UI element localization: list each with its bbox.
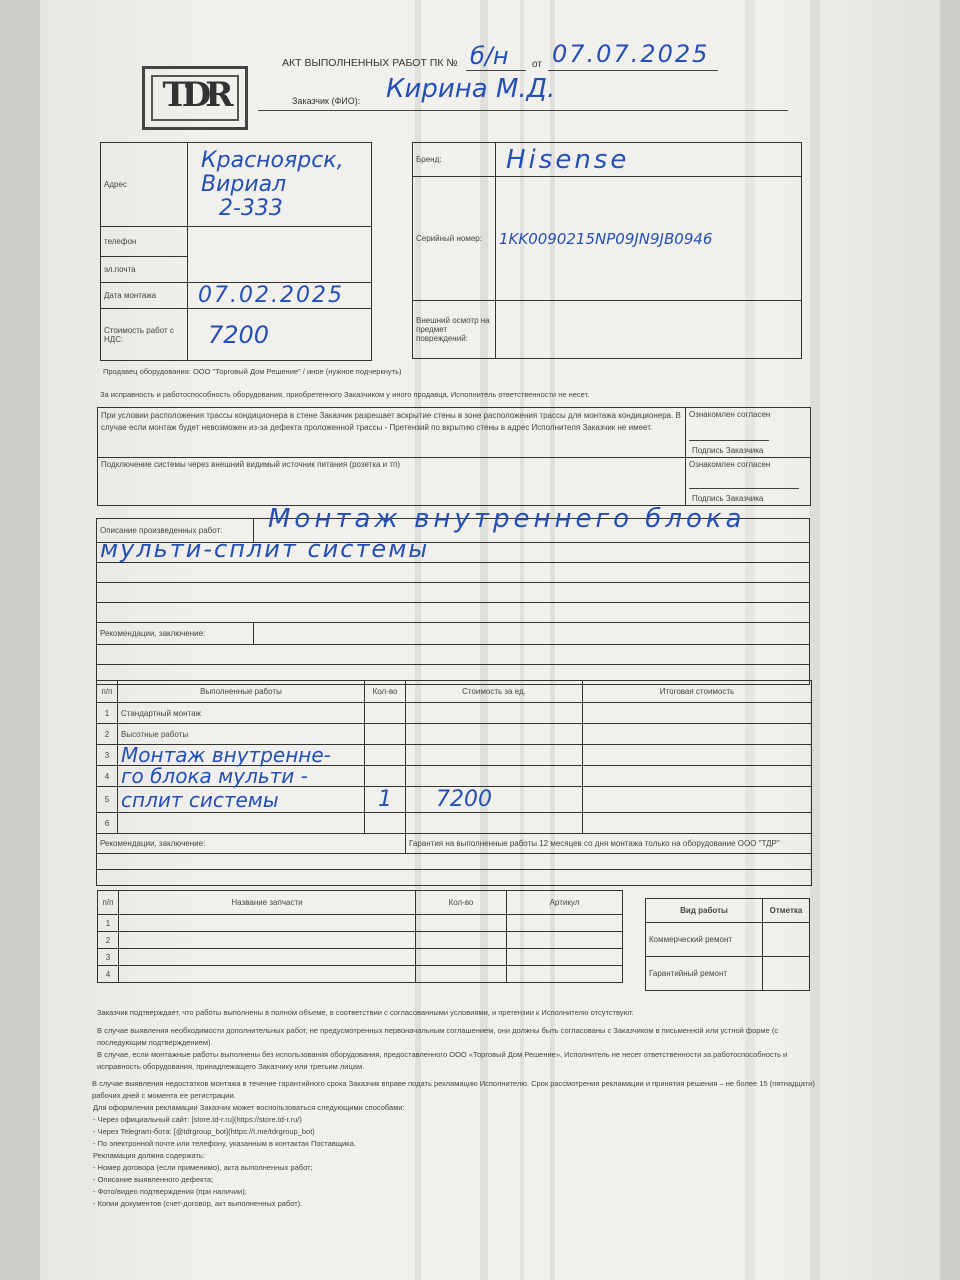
table-row: 3 [98, 949, 623, 966]
customer-label: Заказчик (ФИО): [292, 96, 360, 106]
phone-email-value [188, 227, 372, 283]
footer-method-site: - Через официальный сайт: [store.td-r.ru… [93, 1114, 302, 1126]
warranty-text: Гарантия на выполненные работы 12 месяце… [406, 834, 812, 854]
footer-contents-intro: Рекламация должна содержать: [93, 1150, 205, 1162]
recommendations-label: Рекомендации, заключение: [97, 623, 254, 645]
footer-confirmation: Заказчик подтверждает, что работы выполн… [97, 1007, 812, 1019]
table-row: 2Высотные работы [97, 724, 812, 745]
warranty-repair-label: Гарантийный ремонт [646, 957, 763, 991]
from-label: от [532, 59, 542, 70]
commercial-repair-label: Коммерческий ремонт [646, 923, 763, 957]
parts-table: п/п Название запчасти Кол-во Артикул 1 2… [97, 890, 623, 983]
description-line-1: Монтаж внутреннего блока [268, 504, 745, 534]
commercial-repair-mark[interactable] [763, 923, 810, 957]
customer-info-table: Адрес Красноярск, Вириал 2-333 телефон э… [100, 142, 372, 361]
brand-value: Hisense [496, 143, 802, 177]
footer-content-item: - Номер договора (если применимо), акта … [93, 1162, 313, 1174]
equipment-info-table: Бренд: Hisense Серийный номер: 1KK009021… [412, 142, 802, 359]
footer-content-item: - Фото/видео подтверждения (при наличии)… [93, 1186, 247, 1198]
table-row: 6 [97, 813, 812, 834]
company-logo: TDR [142, 66, 248, 130]
table-row: 1 [98, 915, 623, 932]
liability-line: За исправность и работоспособность обору… [100, 389, 589, 401]
install-date-value: 07.02.2025 [188, 283, 372, 309]
footer-equipment-liability: В случае, если монтажные работы выполнен… [97, 1049, 832, 1073]
table-row: 5сплит системы17200 [97, 787, 812, 813]
consent-text-wall-opening: При условии расположения трассы кондицио… [98, 408, 686, 458]
footer-list-intro: Для оформления рекламации Заказчик может… [93, 1102, 405, 1114]
table-row: 2 [98, 932, 623, 949]
brand-label: Бренд: [413, 143, 496, 177]
warranty-repair-mark[interactable] [763, 957, 810, 991]
table-row: 3Монтаж внутренне- [97, 745, 812, 766]
cost-value: 7200 [188, 309, 372, 361]
footer-content-item: - Копии документов (счет-договор, акт вы… [93, 1198, 302, 1210]
seller-line: Продавец оборудования: ООО "Торговый Дом… [103, 366, 402, 378]
cost-label: Стоимость работ с НДС: [101, 309, 188, 361]
act-date: 07.07.2025 [552, 40, 709, 68]
act-number: б/н [470, 42, 509, 70]
inspection-value [496, 301, 802, 359]
work-type-table: Вид работы Отметка Коммерческий ремонт Г… [645, 898, 810, 991]
serial-value: 1KK0090215NP09JN9JB0946 [496, 177, 802, 301]
table-row: 1Стандартный монтаж [97, 703, 812, 724]
serial-label: Серийный номер: [413, 177, 496, 301]
phone-label: телефон [101, 227, 188, 257]
footer-complaint: В случае выявления недостатков монтажа в… [92, 1078, 822, 1102]
consent-text-power: Подключение системы через внешний видимы… [98, 458, 686, 506]
works-table: п/п Выполненные работы Кол-во Стоимость … [96, 680, 812, 886]
address-value: Красноярск, Вириал 2-333 [188, 143, 372, 227]
footer-method-telegram: - Через Telegram-бота: [@tdrgroup_bot](h… [93, 1126, 315, 1138]
customer-name: Кирина М.Д. [386, 74, 555, 104]
consents-table: При условии расположения трассы кондицио… [97, 407, 811, 506]
table-row: 4 [98, 966, 623, 983]
description-line-2: мульти-сплит системы [100, 535, 429, 563]
footer-method-email: - По электронной почте или телефону, ука… [93, 1138, 356, 1150]
consent-sign-2[interactable]: Ознакомлен согласен Подпись Заказчика [686, 458, 811, 506]
table-row: 4го блока мульти - [97, 766, 812, 787]
footer-additional-works: В случае выявления необходимости дополни… [97, 1025, 812, 1049]
inspection-label: Внешний осмотр на предмет повреждений: [413, 301, 496, 359]
address-label: Адрес [101, 143, 188, 227]
email-label: эл.почта [101, 257, 188, 283]
act-title: АКТ ВЫПОЛНЕННЫХ РАБОТ ПК № [282, 57, 458, 69]
footer-content-item: - Описание выявленного дефекта; [93, 1174, 213, 1186]
install-date-label: Дата монтажа [101, 283, 188, 309]
consent-sign-1[interactable]: Ознакомлен согласен Подпись Заказчика [686, 408, 811, 458]
